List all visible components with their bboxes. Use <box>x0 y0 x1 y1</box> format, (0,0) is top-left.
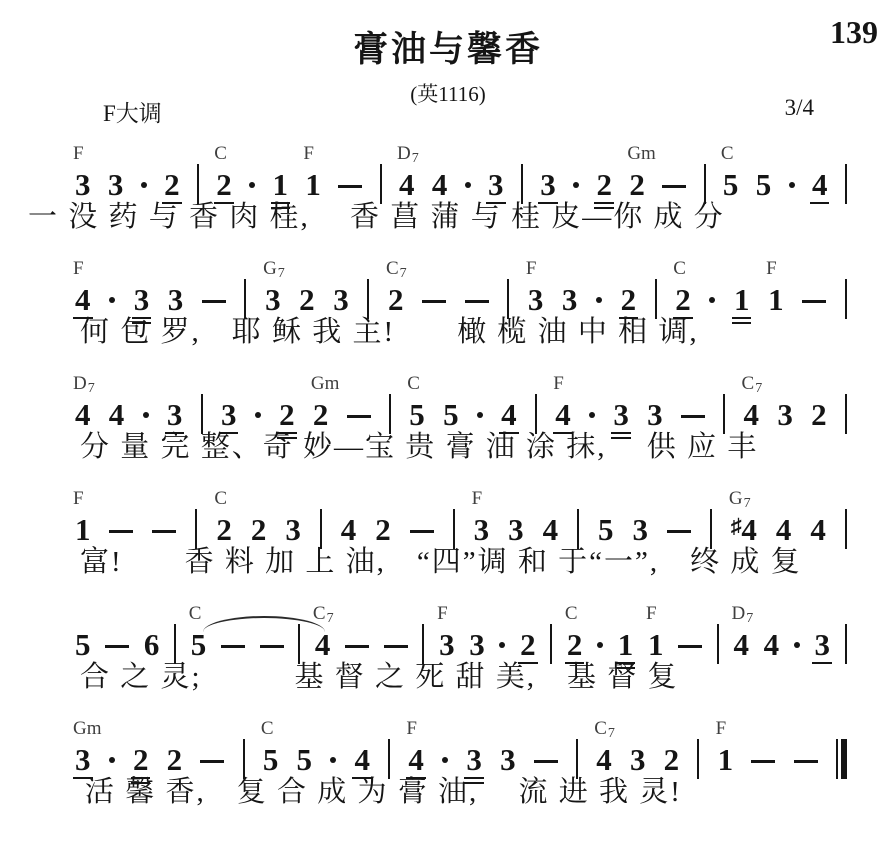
duration-dash <box>200 760 224 763</box>
augmentation-dot <box>141 182 147 188</box>
note: 2 <box>596 169 612 200</box>
chord-label: F <box>716 719 727 738</box>
barline <box>298 624 300 664</box>
barline <box>723 394 725 434</box>
note: 4 <box>810 514 826 545</box>
chord-seventh: 7 <box>278 266 285 281</box>
barline <box>535 394 537 434</box>
note: 2C <box>216 514 232 545</box>
barline <box>550 624 552 664</box>
barline <box>453 509 455 549</box>
music-system: 3F322C11F4D743322Gm5C54一 没 药 与 香 肉 桂, 香 … <box>0 134 896 249</box>
barline <box>521 164 523 204</box>
note: 2C <box>216 169 232 200</box>
barline <box>201 394 203 434</box>
lyrics-line: 分 量 完 整、奇 妙—宝 贵 膏 油 涂 抹, 供 应 丰 <box>80 430 758 465</box>
note: 5C <box>263 744 279 775</box>
chord-label: C <box>407 374 420 393</box>
augmentation-dot <box>573 182 579 188</box>
note: 4 <box>109 399 125 430</box>
chord-label: F <box>646 604 657 623</box>
chord-label: C7 <box>313 604 334 623</box>
chord-label: C <box>189 604 202 623</box>
note: 1F <box>305 169 321 200</box>
note: 3 <box>632 514 648 545</box>
augmentation-dot <box>249 182 255 188</box>
barline <box>244 279 246 319</box>
barline <box>367 279 369 319</box>
note: 1 <box>273 169 289 200</box>
tie-arc <box>203 616 325 632</box>
notation-row: 4D743322Gm5C544F334C732 <box>75 390 847 430</box>
duration-dash <box>681 415 705 418</box>
note: 1F <box>648 629 664 660</box>
barline <box>197 164 199 204</box>
chord-seventh: 7 <box>88 381 95 396</box>
note: 4F <box>75 284 91 315</box>
duration-dash <box>678 645 702 648</box>
note: 1F <box>768 284 784 315</box>
note: 5 <box>598 514 614 545</box>
note: 4 <box>341 514 357 545</box>
duration-dash <box>667 530 691 533</box>
note: 1 <box>734 284 750 315</box>
note: 3 <box>613 399 629 430</box>
duration-dash <box>221 645 245 648</box>
note: 4 <box>501 399 517 430</box>
note: 2 <box>520 629 536 660</box>
chord-label: F <box>526 259 537 278</box>
note: 4D7 <box>75 399 91 430</box>
lyrics-line: 富! 香 料 加 上 油, “四”调 和 于“一”, 终 成 复 <box>80 545 802 580</box>
note: 5 <box>443 399 459 430</box>
augmentation-dot <box>255 412 261 418</box>
note: 4F <box>408 744 424 775</box>
chord-label: Gm <box>627 144 656 163</box>
barline <box>845 624 847 664</box>
barline <box>388 739 390 779</box>
barline <box>174 624 176 664</box>
note: 4 <box>776 514 792 545</box>
chord-label: F <box>73 144 84 163</box>
duration-dash <box>152 530 176 533</box>
augmentation-dot <box>499 642 505 648</box>
chord-label: D7 <box>397 144 419 163</box>
duration-dash <box>260 645 284 648</box>
note: 5C <box>191 629 207 660</box>
note: 3 <box>814 629 830 660</box>
barline <box>655 279 657 319</box>
note: 4C7 <box>744 399 760 430</box>
notation-row: 1F2C23423F3453♯4G744 <box>75 505 847 545</box>
augmentation-dot <box>597 642 603 648</box>
note: 4 <box>354 744 370 775</box>
chord-seventh: 7 <box>755 381 762 396</box>
chord-label: F <box>437 604 448 623</box>
barline <box>389 394 391 434</box>
duration-dash <box>794 760 818 763</box>
note: 4D7 <box>733 629 749 660</box>
note: 4 <box>812 169 828 200</box>
chord-label: F <box>73 259 84 278</box>
note: 1F <box>718 744 734 775</box>
chord-label: F <box>766 259 777 278</box>
note: 3 <box>168 284 184 315</box>
chord-seventh: 7 <box>608 726 615 741</box>
note: 2C7 <box>388 284 404 315</box>
augmentation-dot <box>596 297 602 303</box>
chord-label: C <box>565 604 578 623</box>
augmentation-dot <box>330 757 336 763</box>
augmentation-dot <box>465 182 471 188</box>
duration-dash <box>347 415 371 418</box>
final-barline-thick <box>841 739 847 779</box>
chord-label: F <box>73 489 84 508</box>
note: 3 <box>466 744 482 775</box>
note: 4 <box>543 514 559 545</box>
augmentation-dot <box>789 182 795 188</box>
note: 2Gm <box>629 169 645 200</box>
chord-label: C7 <box>742 374 763 393</box>
note: 2Gm <box>313 399 329 430</box>
note: 5 <box>756 169 772 200</box>
chord-seventh: 7 <box>746 611 753 626</box>
duration-dash <box>422 300 446 303</box>
augmentation-dot <box>589 412 595 418</box>
note: 5 <box>75 629 91 660</box>
note: 2 <box>133 744 149 775</box>
note: 3F <box>474 514 490 545</box>
chord-label: C <box>214 489 227 508</box>
final-barline-thin <box>836 739 838 779</box>
note: 4D7 <box>399 169 415 200</box>
chord-label: C <box>261 719 274 738</box>
note: 5 <box>297 744 313 775</box>
lyrics-line: 一 没 药 与 香 肉 桂, 香 菖 蒲 与 桂 皮—你 成 分 <box>28 200 725 235</box>
chord-label: Gm <box>311 374 340 393</box>
note: 3 <box>500 744 516 775</box>
note: 2 <box>664 744 680 775</box>
duration-dash <box>338 185 362 188</box>
notation-row: 565C4C73F322C11F4D743 <box>75 620 847 660</box>
note: 5C <box>723 169 739 200</box>
note: 6 <box>144 629 160 660</box>
music-systems-container: 3F322C11F4D743322Gm5C54一 没 药 与 香 肉 桂, 香 … <box>0 134 896 824</box>
note: 3 <box>134 284 150 315</box>
note: 4 <box>432 169 448 200</box>
note: 3 <box>540 169 556 200</box>
note: 2 <box>164 169 180 200</box>
note: 2C <box>675 284 691 315</box>
note: 3 <box>647 399 663 430</box>
barline <box>845 164 847 204</box>
barline <box>422 624 424 664</box>
hymn-sheet-page: 139 膏油与馨香 (英1116) F大调 3/4 3F322C11F4D743… <box>0 0 896 845</box>
lyrics-line: 活 馨 香, 复 合 成 为 膏 油, 流 进 我 灵! <box>85 775 682 810</box>
augmentation-dot <box>794 642 800 648</box>
lyrics-line: 何 包 罗, 耶 稣 我 主! 橄 榄 油 中 相 调, <box>80 315 699 350</box>
chord-label: F <box>553 374 564 393</box>
key-signature: F大调 <box>103 95 162 128</box>
note: ♯4G7 <box>731 514 757 545</box>
notation-row: 4F333G7232C73F322C11F <box>75 275 847 315</box>
note: 3 <box>333 284 349 315</box>
notation-row: 3F322C11F4D743322Gm5C54 <box>75 160 847 200</box>
duration-dash <box>534 760 558 763</box>
augmentation-dot <box>143 412 149 418</box>
duration-dash <box>410 530 434 533</box>
note: 3F <box>439 629 455 660</box>
augmentation-dot <box>109 757 115 763</box>
duration-dash <box>105 645 129 648</box>
chord-label: F <box>303 144 314 163</box>
chord-seventh: 7 <box>327 611 334 626</box>
chord-label: C <box>214 144 227 163</box>
barline <box>380 164 382 204</box>
augmentation-dot <box>442 757 448 763</box>
final-barline <box>836 739 847 779</box>
note: 3F <box>528 284 544 315</box>
note: 1 <box>618 629 634 660</box>
duration-dash <box>384 645 408 648</box>
duration-dash <box>662 185 686 188</box>
chord-label: C <box>721 144 734 163</box>
note: 3 <box>508 514 524 545</box>
note: 1F <box>75 514 91 545</box>
chord-label: F <box>472 489 483 508</box>
barline <box>717 624 719 664</box>
chord-label: G7 <box>263 259 285 278</box>
augmentation-dot <box>109 297 115 303</box>
time-signature: 3/4 <box>785 95 814 121</box>
note: 2 <box>811 399 827 430</box>
barline <box>704 164 706 204</box>
note: 4F <box>555 399 571 430</box>
barline <box>320 509 322 549</box>
chord-label: C7 <box>386 259 407 278</box>
chord-seventh: 7 <box>412 151 419 166</box>
barline <box>845 279 847 319</box>
note: 3 <box>108 169 124 200</box>
note: 2 <box>375 514 391 545</box>
note: 2C <box>567 629 583 660</box>
sharp-icon: ♯ <box>731 514 742 538</box>
note: 3 <box>562 284 578 315</box>
barline <box>845 509 847 549</box>
note: 2 <box>279 399 295 430</box>
note: 2 <box>251 514 267 545</box>
note: 3 <box>469 629 485 660</box>
note: 3 <box>285 514 301 545</box>
note: 2 <box>299 284 315 315</box>
duration-dash <box>345 645 369 648</box>
note: 3 <box>630 744 646 775</box>
barline <box>507 279 509 319</box>
chord-seventh: 7 <box>400 266 407 281</box>
page-title: 膏油与馨香 <box>0 22 896 72</box>
note: 3 <box>777 399 793 430</box>
music-system: 4F333G7232C73F322C11F何 包 罗, 耶 稣 我 主! 橄 榄… <box>0 249 896 364</box>
duration-dash <box>751 760 775 763</box>
chord-seventh: 7 <box>744 496 751 511</box>
music-system: 565C4C73F322C11F4D743合 之 灵; 基 督 之 死 甜 美,… <box>0 594 896 709</box>
music-system: 3Gm225C544F334C7321F活 馨 香, 复 合 成 为 膏 油, … <box>0 709 896 824</box>
note: 3 <box>221 399 237 430</box>
note: 4 <box>764 629 780 660</box>
chord-label: Gm <box>73 719 102 738</box>
music-system: 1F2C23423F3453♯4G744富! 香 料 加 上 油, “四”调 和… <box>0 479 896 594</box>
chord-label: C7 <box>594 719 615 738</box>
notation-row: 3Gm225C544F334C7321F <box>75 735 847 775</box>
duration-dash <box>109 530 133 533</box>
chord-label: D7 <box>731 604 753 623</box>
chord-label: C <box>673 259 686 278</box>
barline <box>195 509 197 549</box>
duration-dash <box>202 300 226 303</box>
duration-dash <box>465 300 489 303</box>
barline <box>697 739 699 779</box>
augmentation-dot <box>477 412 483 418</box>
note: 4C7 <box>315 629 331 660</box>
note: 2 <box>621 284 637 315</box>
chord-label: D7 <box>73 374 95 393</box>
music-system: 4D743322Gm5C544F334C732分 量 完 整、奇 妙—宝 贵 膏… <box>0 364 896 479</box>
barline <box>845 394 847 434</box>
chord-label: G7 <box>729 489 751 508</box>
note: 3 <box>167 399 183 430</box>
note: 3G7 <box>265 284 281 315</box>
barline <box>577 509 579 549</box>
note: 3F <box>75 169 91 200</box>
note: 3Gm <box>75 744 91 775</box>
barline <box>710 509 712 549</box>
note: 2 <box>167 744 183 775</box>
note: 5C <box>409 399 425 430</box>
note: 4C7 <box>596 744 612 775</box>
lyrics-line: 合 之 灵; 基 督 之 死 甜 美, 基 督 复 <box>80 660 679 695</box>
barline <box>243 739 245 779</box>
augmentation-dot <box>709 297 715 303</box>
note: 3 <box>488 169 504 200</box>
chord-label: F <box>406 719 417 738</box>
barline <box>576 739 578 779</box>
duration-dash <box>802 300 826 303</box>
